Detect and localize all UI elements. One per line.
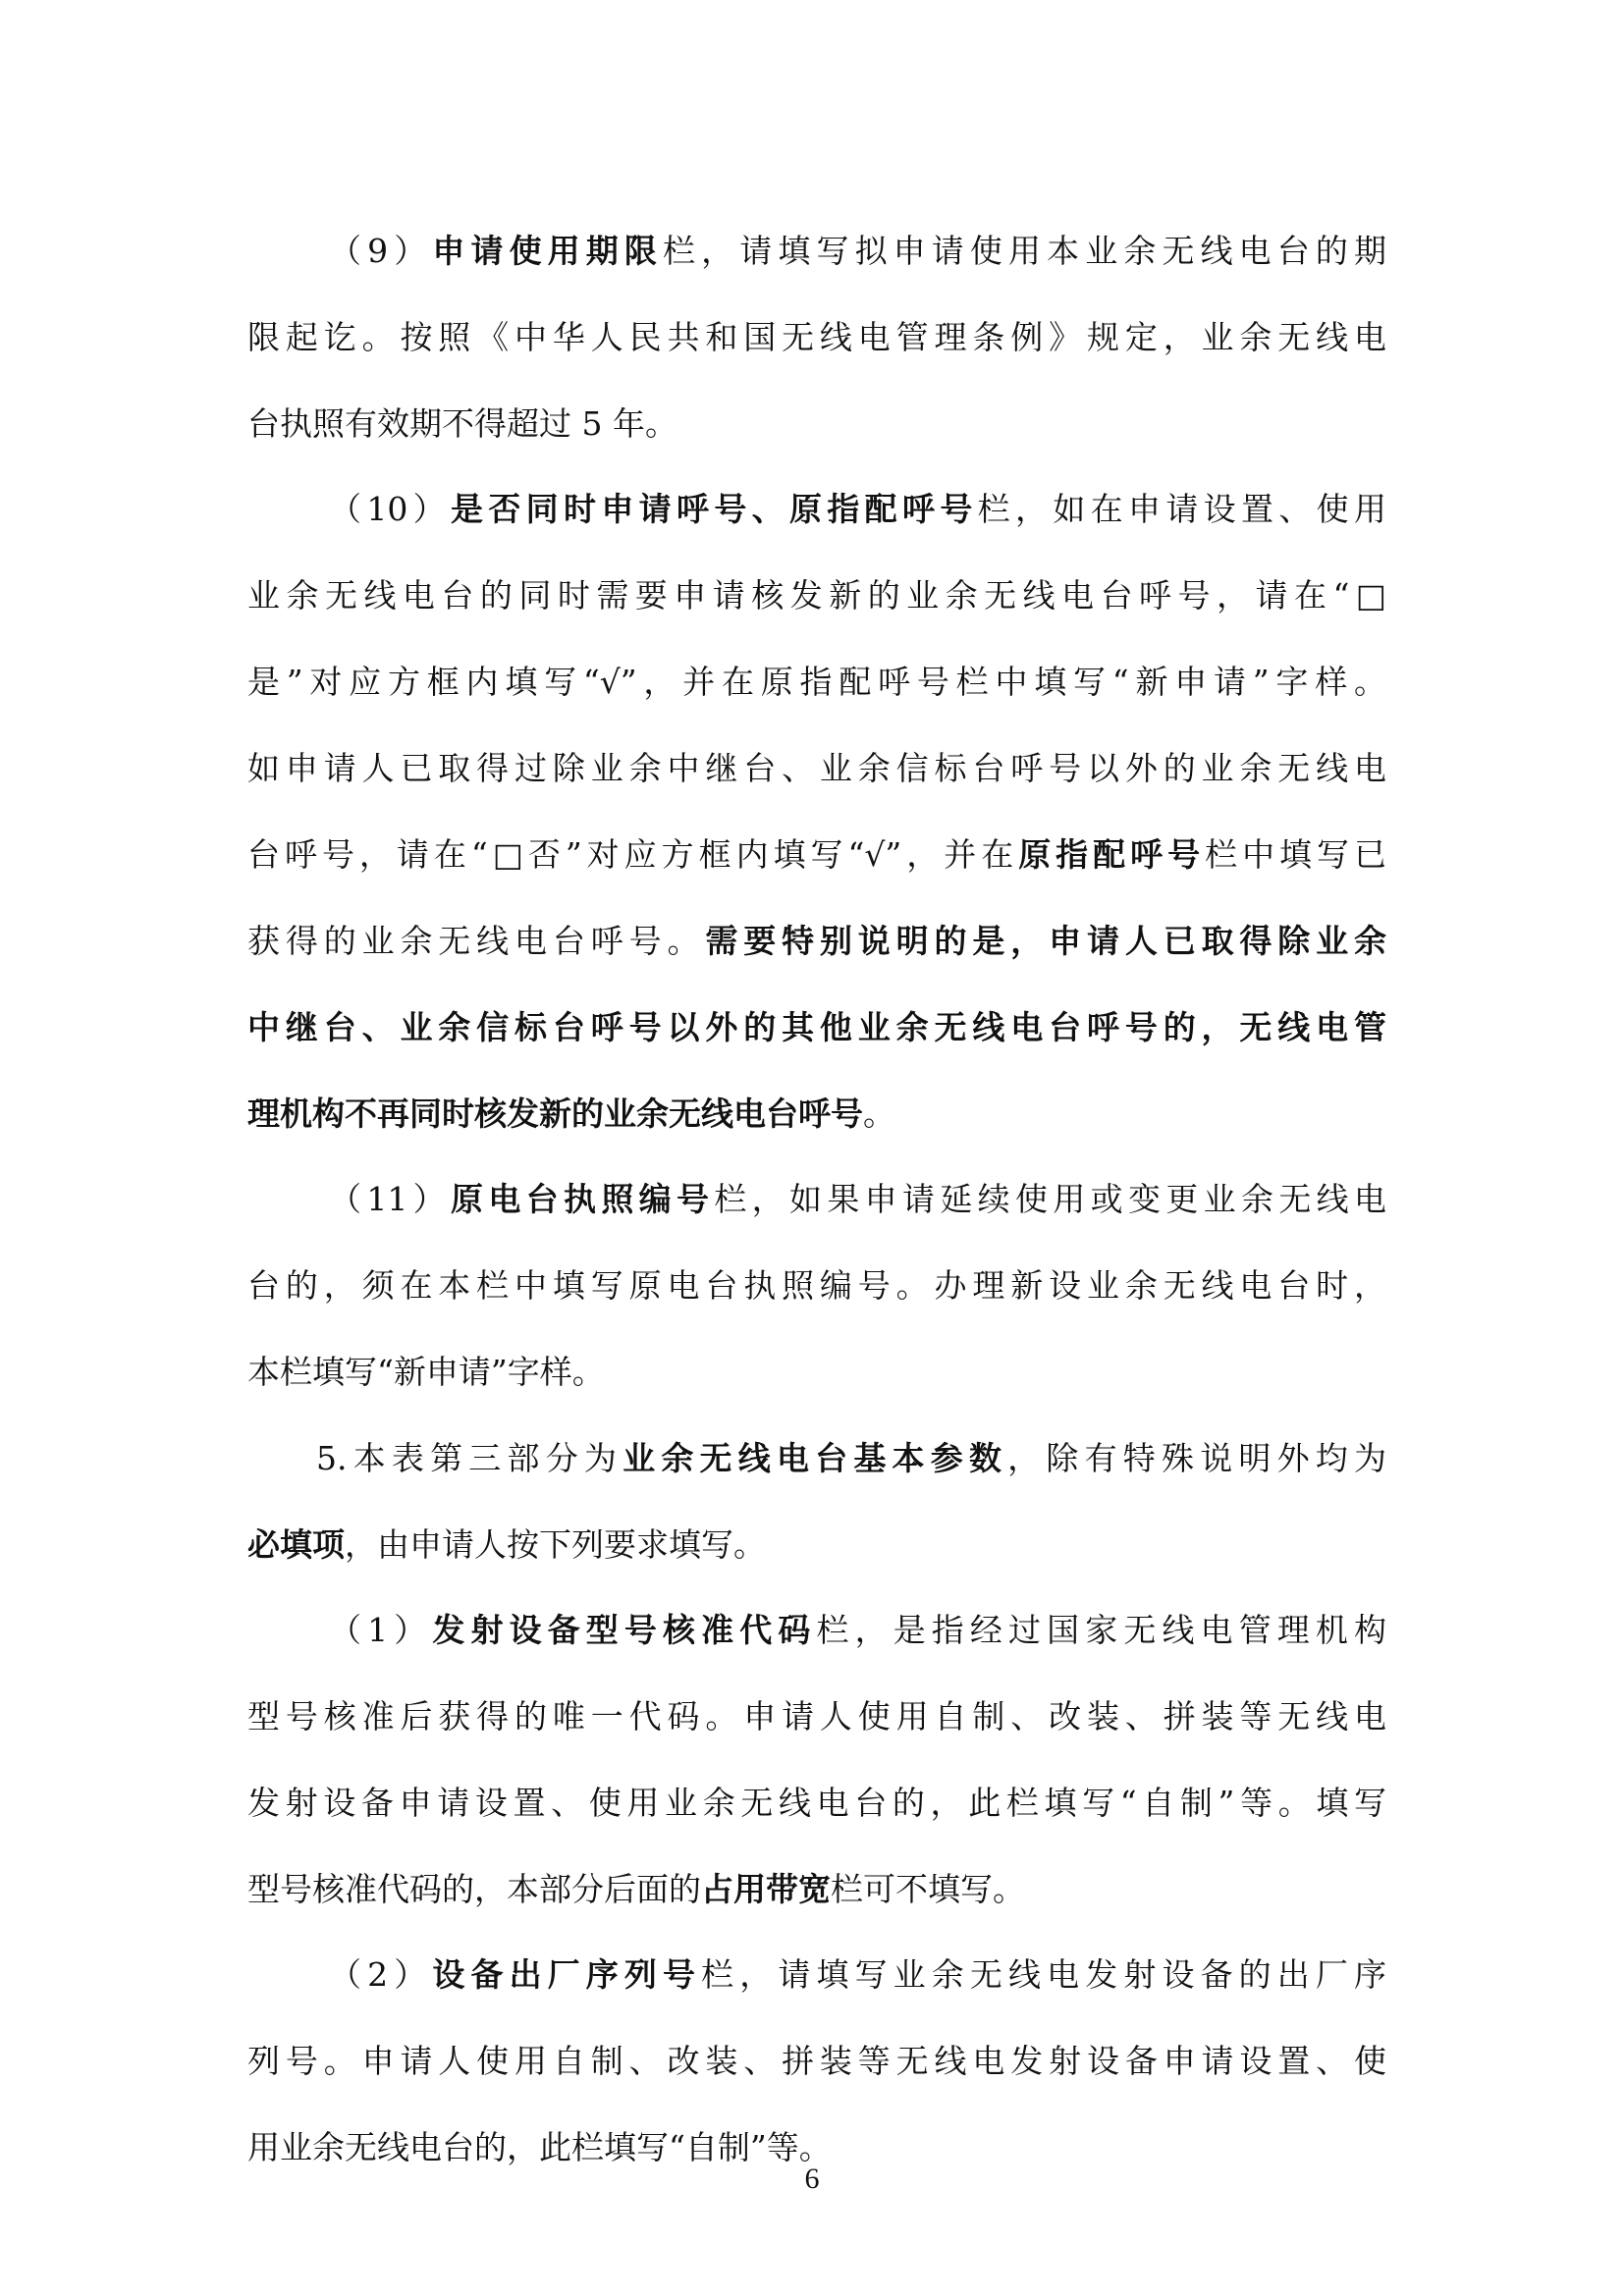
text-line: 台执照有效期不得超过 5 年。: [247, 400, 1386, 448]
text-line: 发射设备申请设置、使用业余无线电台的，此栏填写“自制”等。填写: [247, 1780, 1386, 1827]
bold-term: 发射设备型号核准代码: [432, 1611, 816, 1649]
text-run: （11）: [329, 1180, 451, 1218]
text-run: （9）: [329, 232, 432, 270]
text-line: 列号。申请人使用自制、改装、拼装等无线电发射设备申请设置、使: [247, 2038, 1386, 2085]
text-line: 业余无线电台的同时需要申请核发新的业余无线电台呼号，请在“□: [247, 572, 1386, 619]
text-line: 中继台、业余信标台呼号以外的其他业余无线电台呼号的，无线电管: [247, 1004, 1386, 1051]
text-run: 发射设备申请设置、使用业余无线电台的，此栏填写“自制”等。填写: [247, 1784, 1386, 1822]
bold-term: 设备出厂序列号: [432, 1955, 701, 1994]
text-run: （1）: [329, 1611, 432, 1649]
text-run: 列号。申请人使用自制、改装、拼装等无线电发射设备申请设置、使: [247, 2042, 1386, 2080]
text-run: 型号核准代码的，本部分后面的: [247, 1870, 701, 1908]
text-line: （1）发射设备型号核准代码栏，是指经过国家无线电管理机构: [329, 1607, 1386, 1654]
bold-term: 原指配呼号: [1018, 835, 1205, 874]
text-line: （11）原电台执照编号栏，如果申请延续使用或变更业余无线电: [329, 1176, 1386, 1223]
text-line: 如申请人已取得过除业余中继台、业余信标台呼号以外的业余无线电: [247, 745, 1386, 792]
text-run: 如申请人已取得过除业余中继台、业余信标台呼号以外的业余无线电: [247, 749, 1386, 787]
bold-term: 中继台、业余信标台呼号以外的其他业余无线电台呼号的，无线电管: [247, 1008, 1386, 1046]
text-run: 栏，是指经过国家无线电管理机构: [816, 1611, 1386, 1649]
bold-term: 占用带宽: [701, 1870, 831, 1908]
text-line: 必填项，由申请人按下列要求填写。: [247, 1522, 1386, 1569]
text-run: 5.本表第三部分为: [316, 1439, 623, 1477]
document-page: （9）申请使用期限栏，请填写拟申请使用本业余无线电台的期 限起讫。按照《中华人民…: [0, 0, 1624, 2296]
text-run: 获得的业余无线电台呼号。: [247, 922, 705, 960]
text-run: 台执照有效期不得超过 5 年。: [247, 404, 677, 443]
text-run: 台的，须在本栏中填写原电台执照编号。办理新设业余无线电台时，: [247, 1266, 1386, 1305]
text-line: 型号核准代码的，本部分后面的占用带宽栏可不填写。: [247, 1866, 1386, 1913]
text-run: 本栏填写“新申请”字样。: [247, 1353, 605, 1391]
text-run: 栏，请填写业余无线电发射设备的出厂序: [701, 1955, 1386, 1994]
text-run: 栏，请填写拟申请使用本业余无线电台的期: [663, 232, 1386, 270]
text-line: 台的，须在本栏中填写原电台执照编号。办理新设业余无线电台时，: [247, 1262, 1386, 1309]
text-run: 型号核准后获得的唯一代码。申请人使用自制、改装、拼装等无线电: [247, 1697, 1386, 1735]
bold-term: 是否同时申请呼号、原指配呼号: [451, 490, 978, 528]
text-run: ，除有特殊说明外均为: [1007, 1439, 1386, 1477]
text-run: 业余无线电台的同时需要申请核发新的业余无线电台呼号，请在“□: [247, 576, 1386, 614]
text-run: 栏中填写已: [1205, 835, 1386, 874]
bold-term: 业余无线电台基本参数: [623, 1439, 1007, 1477]
text-line: （9）申请使用期限栏，请填写拟申请使用本业余无线电台的期: [329, 228, 1386, 275]
page-number: 6: [0, 2160, 1624, 2199]
bold-term: 需要特别说明的是，申请人已取得除业余: [705, 922, 1386, 960]
text-line: 限起讫。按照《中华人民共和国无线电管理条例》规定，业余无线电: [247, 314, 1386, 361]
text-line: 台呼号，请在“□否”对应方框内填写“√”，并在原指配呼号栏中填写已: [247, 831, 1386, 879]
text-run: 栏可不填写。: [831, 1870, 1025, 1908]
text-line: （10）是否同时申请呼号、原指配呼号栏，如在申请设置、使用: [329, 486, 1386, 533]
bold-term: 理机构不再同时核发新的业余无线电台呼号: [247, 1095, 863, 1133]
bold-term: 必填项: [247, 1525, 345, 1564]
bold-term: 申请使用期限: [432, 232, 663, 270]
text-line: 理机构不再同时核发新的业余无线电台呼号。: [247, 1091, 1386, 1138]
text-line: （2）设备出厂序列号栏，请填写业余无线电发射设备的出厂序: [329, 1951, 1386, 1999]
text-run: ，由申请人按下列要求填写。: [345, 1525, 766, 1564]
text-run: （10）: [329, 490, 451, 528]
text-run: 台呼号，请在“□否”对应方框内填写“√”，并在: [247, 835, 1018, 874]
text-run: 栏，如果申请延续使用或变更业余无线电: [714, 1180, 1386, 1218]
text-run: 栏，如在申请设置、使用: [978, 490, 1386, 528]
text-run: 限起讫。按照《中华人民共和国无线电管理条例》规定，业余无线电: [247, 318, 1386, 356]
bold-term: 原电台执照编号: [451, 1180, 714, 1218]
text-run: 。: [863, 1095, 895, 1133]
text-line: 是”对应方框内填写“√”，并在原指配呼号栏中填写“新申请”字样。: [247, 659, 1386, 706]
text-line: 5.本表第三部分为业余无线电台基本参数，除有特殊说明外均为: [316, 1435, 1386, 1482]
text-run: 是”对应方框内填写“√”，并在原指配呼号栏中填写“新申请”字样。: [247, 663, 1386, 701]
text-run: （2）: [329, 1955, 432, 1994]
text-line: 本栏填写“新申请”字样。: [247, 1349, 1386, 1396]
text-line: 获得的业余无线电台呼号。需要特别说明的是，申请人已取得除业余: [247, 918, 1386, 965]
text-line: 型号核准后获得的唯一代码。申请人使用自制、改装、拼装等无线电: [247, 1693, 1386, 1740]
